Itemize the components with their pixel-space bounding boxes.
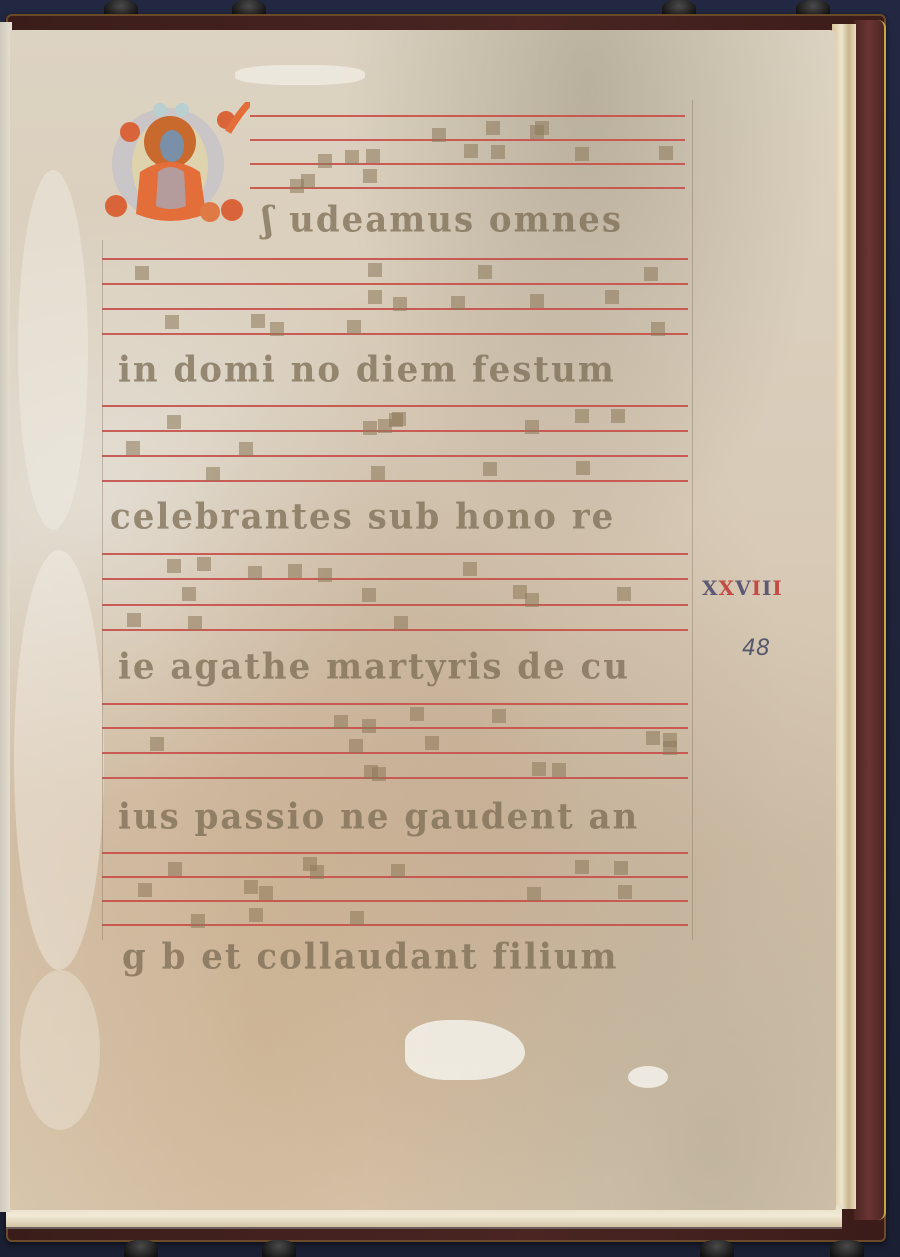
binding-boss-bottom-4 — [830, 1240, 864, 1257]
staff-line — [102, 752, 688, 754]
neume — [347, 320, 361, 334]
binding-boss-bottom-2 — [262, 1240, 296, 1257]
neume — [492, 709, 506, 723]
binding-boss-bottom-1 — [124, 1240, 158, 1257]
neume — [206, 467, 220, 481]
neume — [394, 616, 408, 630]
neume — [451, 296, 465, 310]
neume — [249, 908, 263, 922]
margin-ruling-right — [692, 100, 693, 940]
neume — [138, 883, 152, 897]
neume — [364, 765, 378, 779]
binding-boss-bottom-3 — [700, 1240, 734, 1257]
cover-edge-right — [854, 20, 886, 1220]
neume — [659, 146, 673, 160]
staff-line — [250, 115, 685, 117]
neume — [363, 421, 377, 435]
staff-line — [102, 727, 688, 729]
neume — [611, 409, 625, 423]
staff-line — [102, 924, 688, 926]
text-line-1: ʃ udeamus omnes — [262, 199, 623, 241]
wear-patch — [20, 970, 100, 1130]
neume — [244, 880, 258, 894]
neume — [318, 154, 332, 168]
text-line-5: ius passio ne gaudent an — [118, 796, 639, 838]
neume — [478, 265, 492, 279]
neume — [391, 864, 405, 878]
neume — [576, 461, 590, 475]
staff-line — [250, 187, 685, 189]
staff-line — [102, 578, 688, 580]
neume — [334, 715, 348, 729]
neume — [288, 564, 302, 578]
neume — [486, 121, 500, 135]
neume — [362, 719, 376, 733]
neume — [290, 179, 304, 193]
neume — [491, 145, 505, 159]
neume — [614, 861, 628, 875]
neume — [410, 707, 424, 721]
wear-patch — [14, 550, 104, 970]
neume — [575, 409, 589, 423]
neume — [239, 442, 253, 456]
neume — [150, 737, 164, 751]
staff-line — [102, 480, 688, 482]
text-line-4: ie agathe martyris de cu — [118, 646, 630, 688]
text-line-2: in domi no diem festum — [118, 349, 616, 391]
neume — [270, 322, 284, 336]
neume — [532, 762, 546, 776]
neume — [345, 150, 359, 164]
neume — [618, 885, 632, 899]
neume — [167, 415, 181, 429]
staff-line — [102, 900, 688, 902]
parchment-hole — [405, 1020, 525, 1080]
text-line-3: celebrantes sub hono re — [110, 496, 615, 538]
staff-line — [102, 258, 688, 260]
neume — [310, 865, 324, 879]
neume — [513, 585, 527, 599]
neume — [575, 860, 589, 874]
neume — [168, 862, 182, 876]
staff-line — [102, 333, 688, 335]
neume — [363, 169, 377, 183]
neume — [425, 736, 439, 750]
staff-line — [102, 604, 688, 606]
neume — [167, 559, 181, 573]
staff-line — [102, 405, 688, 407]
margin-ruling-left — [102, 240, 103, 940]
staff-line — [102, 703, 688, 705]
neume — [251, 314, 265, 328]
neume — [248, 566, 262, 580]
neume — [165, 315, 179, 329]
text-line-6: g b et collaudant filium — [122, 936, 619, 978]
roman-foliation: XXVIII — [702, 576, 783, 600]
neume — [366, 149, 380, 163]
neume — [552, 763, 566, 777]
neume — [463, 562, 477, 576]
neume — [432, 128, 446, 142]
neume — [663, 733, 677, 747]
neume — [527, 887, 541, 901]
neume — [362, 588, 376, 602]
neume — [389, 413, 403, 427]
staff-line — [102, 430, 688, 432]
neume — [393, 297, 407, 311]
staff-line — [102, 455, 688, 457]
neume — [646, 731, 660, 745]
neume — [349, 739, 363, 753]
neume — [464, 144, 478, 158]
neume — [126, 441, 140, 455]
neume — [644, 267, 658, 281]
neume — [651, 322, 665, 336]
neume — [525, 593, 539, 607]
neume — [350, 911, 364, 925]
staff-line — [102, 777, 688, 779]
neume — [575, 147, 589, 161]
illuminated-initial — [100, 102, 250, 232]
folio-number: 48 — [742, 636, 770, 661]
neume — [259, 886, 273, 900]
neume — [530, 294, 544, 308]
neume — [535, 121, 549, 135]
neume — [605, 290, 619, 304]
neume — [368, 263, 382, 277]
neume — [188, 616, 202, 630]
parchment-tear — [235, 65, 365, 85]
roman-foliation-text: XXVIII — [702, 576, 783, 600]
neume — [191, 914, 205, 928]
staff-line — [250, 139, 685, 141]
neume — [182, 587, 196, 601]
neume — [483, 462, 497, 476]
neume — [127, 613, 141, 627]
neume — [525, 420, 539, 434]
neume — [617, 587, 631, 601]
manuscript-photo: ʃ udeamus omnes in domi no diem festum c… — [0, 0, 900, 1257]
neume — [368, 290, 382, 304]
parchment-hole — [628, 1066, 668, 1088]
neume — [371, 466, 385, 480]
staff-line — [102, 852, 688, 854]
staff-line — [102, 553, 688, 555]
staff-line — [102, 283, 688, 285]
neume — [135, 266, 149, 280]
neume — [197, 557, 211, 571]
wear-patch — [18, 170, 88, 530]
neume — [318, 568, 332, 582]
staff-line — [250, 163, 685, 165]
